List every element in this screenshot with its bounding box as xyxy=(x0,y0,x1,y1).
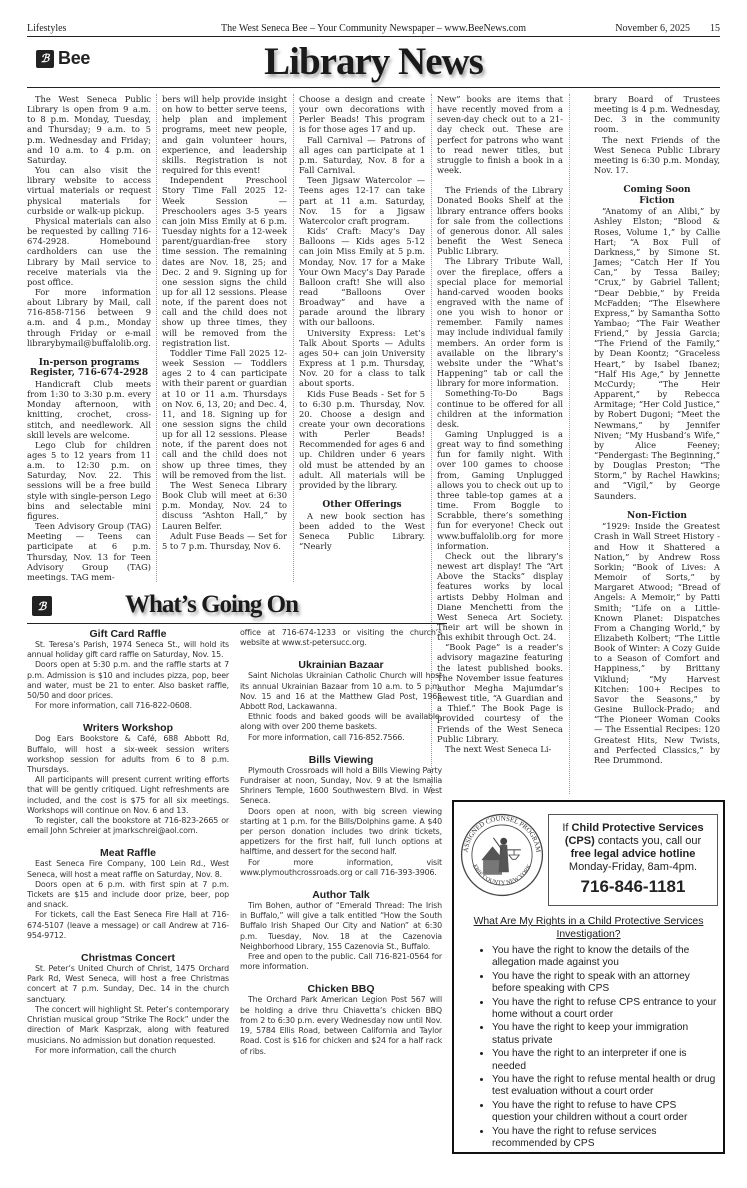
article-heading: Christmas Concert xyxy=(27,952,229,964)
article-paragraph: University Express: Let’s Talk About Spo… xyxy=(299,328,425,389)
article-heading: Ukrainian Bazaar xyxy=(240,659,442,671)
page-number: 15 xyxy=(710,23,720,34)
article-paragraph: The next West Seneca Li- xyxy=(437,744,563,754)
article-paragraph: “Book Page” is a reader’s advisory magaz… xyxy=(437,642,563,744)
article-paragraph: Choose a design and create your own deco… xyxy=(299,94,425,135)
article-paragraph: Kids’ Craft: Macy’s Day Balloons — Kids … xyxy=(299,226,425,328)
article-paragraph: Saint Nicholas Ukrainian Catholic Church… xyxy=(240,671,442,712)
article-paragraph: office at 716-674-1233 or visiting the c… xyxy=(240,628,442,648)
article-paragraph: Ethnic foods and baked goods will be ava… xyxy=(240,712,442,732)
article-paragraph: Tim Bohen, author of “Emerald Thread: Th… xyxy=(240,901,442,952)
library-column-4: New” books are items that have recently … xyxy=(437,94,563,754)
article-paragraph: Teen Jigsaw Watercolor — Teens ages 12-1… xyxy=(299,175,425,226)
assigned-counsel-seal-icon: ASSIGNED COUNSEL PROGRAM ERIE COUNTY NEW… xyxy=(459,812,545,898)
hotline-box: If Child Protective Services (CPS) conta… xyxy=(548,814,718,906)
article-paragraph: For more information, call 716-852.7566. xyxy=(240,733,442,743)
article-paragraph: New” books are items that have recently … xyxy=(437,94,563,175)
article-paragraph: Plymouth Crossroads will hold a Bills Vi… xyxy=(240,766,442,807)
rights-item: You have the right to keep your immigrat… xyxy=(492,1022,717,1047)
rights-item: You have the right to refuse mental heal… xyxy=(492,1074,717,1099)
section-rule xyxy=(27,623,447,624)
article-heading: Author Talk xyxy=(240,889,442,901)
article-paragraph: Doors open at 5:30 p.m. and the raffle s… xyxy=(27,660,229,701)
article-paragraph: For more information, call 716-822-0608. xyxy=(27,701,229,711)
article-paragraph: For more information, call the church xyxy=(27,1046,229,1056)
article-paragraph: East Seneca Fire Company, 100 Lein Rd., … xyxy=(27,859,229,879)
article-heading: Other Offerings xyxy=(299,500,425,511)
issue-date: November 6, 2025 xyxy=(615,23,690,34)
bee-logo-small: ℬ xyxy=(32,596,52,616)
header-rule xyxy=(27,87,720,88)
cps-legal-advice-ad: ASSIGNED COUNSEL PROGRAM ERIE COUNTY NEW… xyxy=(452,800,725,1154)
article-paragraph: You can also visit the library website t… xyxy=(27,165,151,216)
events-column-1: Gift Card RaffleSt. Teresa’s Parish, 197… xyxy=(27,628,229,1056)
whats-going-on-title: What’s Going On xyxy=(125,590,298,620)
article-paragraph: brary Board of Trustees meeting is 4 p.m… xyxy=(594,94,720,135)
article-paragraph: Adult Fuse Beads — Set for 5 to 7 p.m. T… xyxy=(162,531,287,551)
article-paragraph: Doors open at noon, with big screen view… xyxy=(240,807,442,858)
article-heading: Coming Soon xyxy=(594,185,720,196)
article-paragraph: The Friends of the Library Donated Books… xyxy=(437,185,563,256)
article-paragraph: Doors open at 6 p.m. with first spin at … xyxy=(27,880,229,911)
article-paragraph: Lego Club for children ages 5 to 12 year… xyxy=(27,440,151,521)
article-heading: Non-Fiction xyxy=(594,511,720,522)
hotline-text: contacts you, call our xyxy=(595,835,701,847)
article-heading: Fiction xyxy=(594,196,720,207)
article-paragraph: Free and open to the public. Call 716-82… xyxy=(240,952,442,972)
article-paragraph: Toddler Time Fall 2025 12-week Session —… xyxy=(162,348,287,480)
library-news-title: Library News xyxy=(0,40,747,84)
article-heading: Bills Viewing xyxy=(240,754,442,766)
article-paragraph: Check out the library’s newest art displ… xyxy=(437,551,563,642)
events-column-2: office at 716-674-1233 or visiting the c… xyxy=(240,628,442,1057)
article-paragraph: Physical materials can also be requested… xyxy=(27,216,151,287)
hotline-text: If xyxy=(562,822,571,834)
article-paragraph: Something-To-Do Bags continue to be offe… xyxy=(437,388,563,429)
article-paragraph: bers will help provide insight on how to… xyxy=(162,94,287,175)
article-paragraph: The West Seneca Public Library is open f… xyxy=(27,94,151,165)
article-paragraph: A new book section has been added to the… xyxy=(299,511,425,552)
rights-item: You have the right to speak with an atto… xyxy=(492,971,717,996)
article-paragraph: Gaming Unplugged is a great way to find … xyxy=(437,429,563,551)
library-column-3: Choose a design and create your own deco… xyxy=(299,94,425,551)
rights-item: You have the right to an interpreter if … xyxy=(492,1048,717,1073)
article-paragraph: For tickets, call the East Seneca Fire H… xyxy=(27,910,229,941)
rights-question: What Are My Rights in a Child Protective… xyxy=(460,916,717,941)
library-column-1: The West Seneca Public Library is open f… xyxy=(27,94,151,582)
spacer xyxy=(437,175,563,185)
page-folio: Lifestyles The West Seneca Bee – Your Co… xyxy=(27,20,720,37)
article-paragraph: St. Teresa’s Parish, 1974 Seneca St., wi… xyxy=(27,640,229,660)
hotline-text-bold: (CPS) xyxy=(565,835,595,847)
article-heading: Register, 716-674-2928 xyxy=(27,368,151,379)
library-column-5: brary Board of Trustees meeting is 4 p.m… xyxy=(594,94,720,765)
hotline-text-bold: Child Protective Services xyxy=(572,822,704,834)
column-divider xyxy=(156,94,157,582)
article-paragraph: The Library Tribute Wall, over the firep… xyxy=(437,256,563,388)
article-paragraph: For more information, visit www.plymouth… xyxy=(240,858,442,878)
hotline-label: free legal advice hotline xyxy=(549,848,717,861)
bee-logo-icon: ℬ xyxy=(32,596,52,616)
article-paragraph: For more information about Library by Ma… xyxy=(27,287,151,348)
hotline-phone: 716-846-1181 xyxy=(549,876,717,898)
article-heading: Writers Workshop xyxy=(27,722,229,734)
rights-item: You have the right to refuse CPS entranc… xyxy=(492,997,717,1022)
article-paragraph: Independent Preschool Story Time Fall 20… xyxy=(162,175,287,348)
rights-list: You have the right to know the details o… xyxy=(464,945,717,1152)
article-paragraph: Teen Advisory Group (TAG) Meeting — Teen… xyxy=(27,521,151,582)
article-paragraph: All participants will present current wr… xyxy=(27,775,229,816)
article-heading: Chicken BBQ xyxy=(240,983,442,995)
article-paragraph: Handicraft Club meets from 1:30 to 3:30 … xyxy=(27,379,151,440)
rights-item: You have the right to refuse services re… xyxy=(492,1126,717,1151)
article-heading: Meat Raffle xyxy=(27,847,229,859)
rights-item: You have the right to know the details o… xyxy=(492,945,717,970)
column-divider xyxy=(569,94,570,794)
article-heading: Gift Card Raffle xyxy=(27,628,229,640)
article-paragraph: St. Peter’s United Church of Christ, 147… xyxy=(27,964,229,1005)
hotline-hours: Monday-Friday, 8am-4pm. xyxy=(549,861,717,874)
article-paragraph: Dog Ears Bookstore & Café, 688 Abbott Rd… xyxy=(27,734,229,775)
article-paragraph: “1929: Inside the Greatest Crash in Wall… xyxy=(594,521,720,765)
library-column-2: bers will help provide insight on how to… xyxy=(162,94,287,551)
rights-item: You have the right to refuse to have CPS… xyxy=(492,1100,717,1125)
article-paragraph: The next Friends of the West Seneca Publ… xyxy=(594,135,720,176)
article-paragraph: The Orchard Park American Legion Post 56… xyxy=(240,995,442,1056)
article-paragraph: The West Seneca Library Book Club will m… xyxy=(162,480,287,531)
article-paragraph: Kids Fuse Beads - Set for 5 to 6:30 p.m.… xyxy=(299,389,425,491)
article-paragraph: The concert will highlight St. Peter’s c… xyxy=(27,1005,229,1046)
article-heading: In-person programs xyxy=(27,358,151,369)
column-divider xyxy=(293,94,294,582)
article-paragraph: Fall Carnival — Patrons of all ages can … xyxy=(299,135,425,176)
article-paragraph: “Anatomy of an Alibi,” by Ashley Elston;… xyxy=(594,206,720,501)
article-paragraph: To register, call the bookstore at 716-8… xyxy=(27,816,229,836)
